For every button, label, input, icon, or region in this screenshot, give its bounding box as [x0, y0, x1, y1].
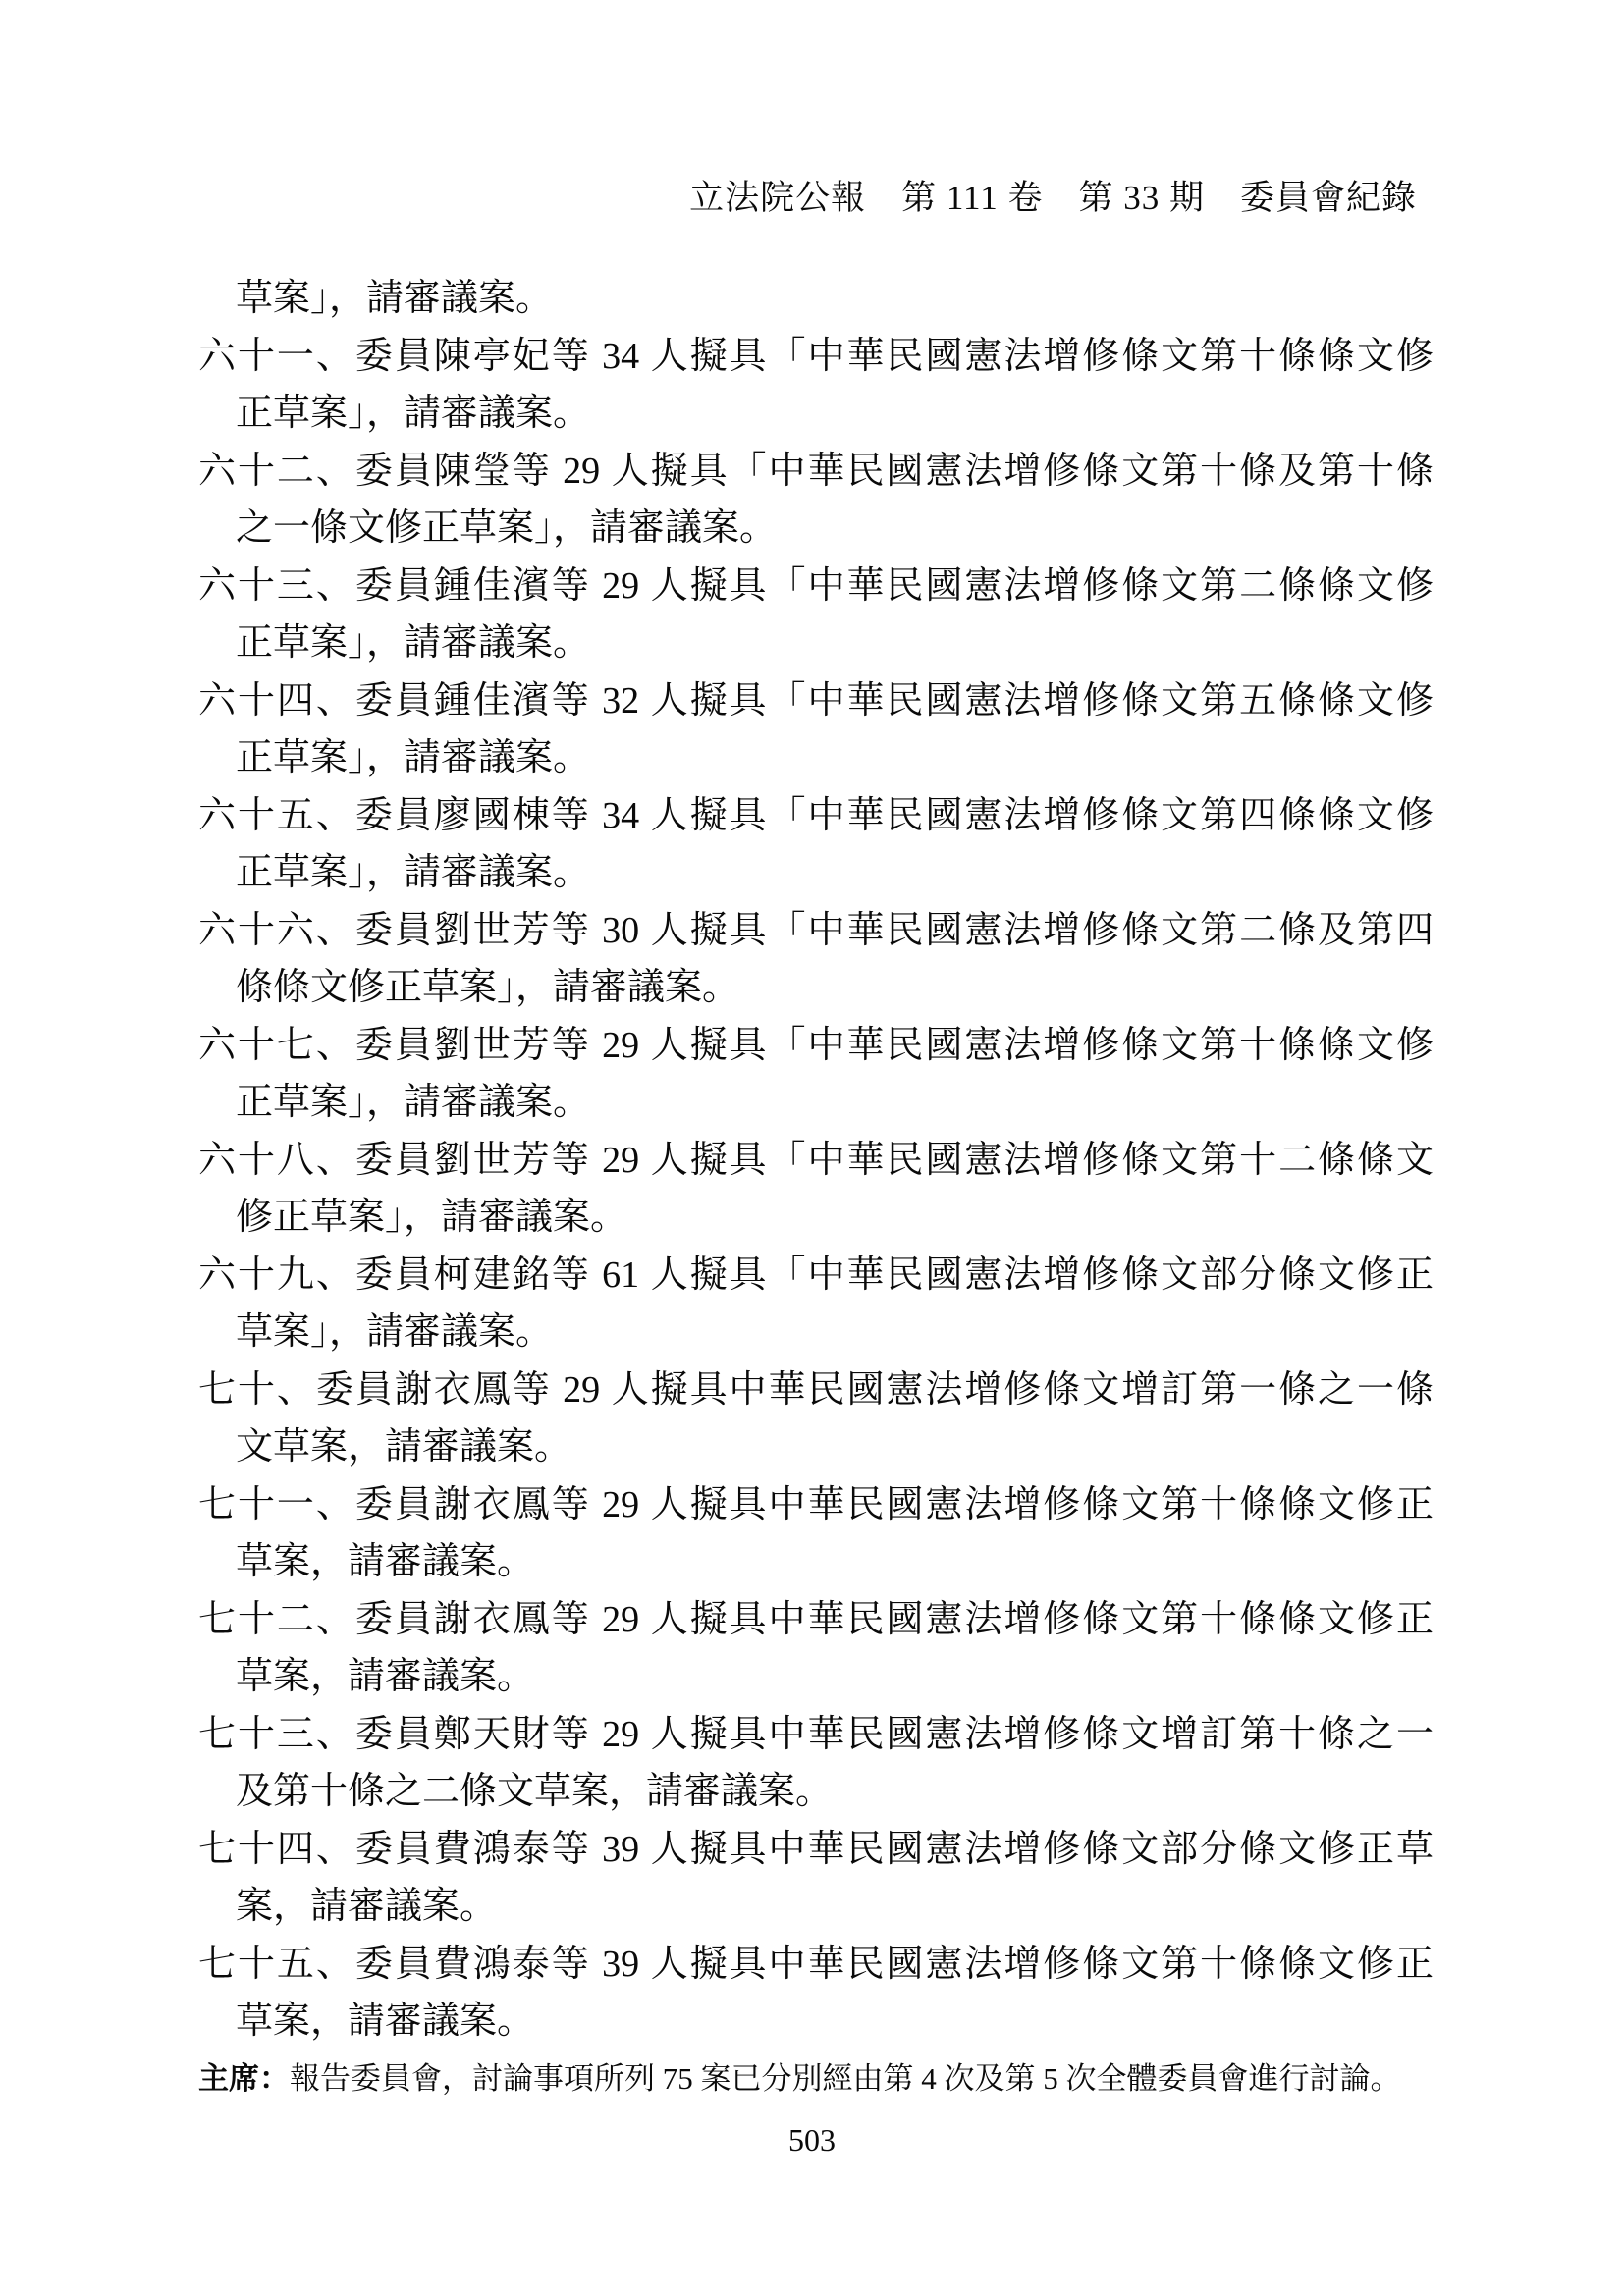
text-line: 六十三、委員鍾佳濱等 29 人擬具「中華民國憲法增修條文第二條條文修	[198, 558, 1434, 615]
text-line: 正草案」，請審議案。	[198, 729, 1434, 787]
text-line: 草案」，請審議案。	[198, 270, 1434, 328]
running-header: 立法院公報 第 111 卷 第 33 期 委員會紀錄	[198, 171, 1417, 220]
text-line: 六十四、委員鍾佳濱等 32 人擬具「中華民國憲法增修條文第五條條文修	[198, 672, 1434, 730]
text-line: 六十二、委員陳瑩等 29 人擬具「中華民國憲法增修條文第十條及第十條	[198, 443, 1434, 501]
text-line: 七十四、委員費鴻泰等 39 人擬具中華民國憲法增修條文部分條文修正草	[198, 1821, 1434, 1879]
text-line: 六十七、委員劉世芳等 29 人擬具「中華民國憲法增修條文第十條條文修	[198, 1017, 1434, 1075]
text-line: 七十一、委員謝衣鳳等 29 人擬具中華民國憲法增修條文第十條條文修正	[198, 1476, 1434, 1534]
text-line: 六十五、委員廖國棟等 34 人擬具「中華民國憲法增修條文第四條條文修	[198, 787, 1434, 845]
text-line: 正草案」，請審議案。	[198, 844, 1434, 902]
text-line: 及第十條之二條文草案，請審議案。	[198, 1763, 1434, 1821]
text-line: 七十五、委員費鴻泰等 39 人擬具中華民國憲法增修條文第十條條文修正	[198, 1936, 1434, 1994]
text-line: 六十八、委員劉世芳等 29 人擬具「中華民國憲法增修條文第十二條條文	[198, 1132, 1434, 1190]
text-line: 正草案」，請審議案。	[198, 1074, 1434, 1132]
text-line: 案，請審議案。	[198, 1878, 1434, 1936]
text-line: 六十一、委員陳亭妃等 34 人擬具「中華民國憲法增修條文第十條條文修	[198, 328, 1434, 386]
text-line: 之一條文修正草案」，請審議案。	[198, 500, 1434, 558]
text-line: 草案，請審議案。	[198, 1533, 1434, 1591]
text-line: 六十九、委員柯建銘等 61 人擬具「中華民國憲法增修條文部分條文修正	[198, 1247, 1434, 1305]
text-line: 七十、委員謝衣鳳等 29 人擬具中華民國憲法增修條文增訂第一條之一條	[198, 1362, 1434, 1419]
chair-speaker-label: 主席：	[198, 2061, 290, 2096]
gazette-page: 立法院公報 第 111 卷 第 33 期 委員會紀錄 草案」，請審議案。六十一、…	[0, 0, 1624, 2296]
proposal-list: 草案」，請審議案。六十一、委員陳亭妃等 34 人擬具「中華民國憲法增修條文第十條…	[198, 270, 1434, 2051]
text-line: 文草案，請審議案。	[198, 1418, 1434, 1476]
text-line: 草案，請審議案。	[198, 1993, 1434, 2051]
text-line: 正草案」，請審議案。	[198, 614, 1434, 672]
text-line: 七十二、委員謝衣鳳等 29 人擬具中華民國憲法增修條文第十條條文修正	[198, 1591, 1434, 1649]
text-line: 七十三、委員鄭天財等 29 人擬具中華民國憲法增修條文增訂第十條之一	[198, 1706, 1434, 1764]
text-line: 修正草案」，請審議案。	[198, 1189, 1434, 1247]
chair-statement-line: 主席：報告委員會，討論事項所列 75 案已分別經由第 4 次及第 5 次全體委員…	[198, 2051, 1434, 2109]
text-line: 正草案」，請審議案。	[198, 385, 1434, 443]
text-line: 草案，請審議案。	[198, 1648, 1434, 1706]
content-area: 草案」，請審議案。六十一、委員陳亭妃等 34 人擬具「中華民國憲法增修條文第十條…	[198, 270, 1434, 2108]
text-line: 草案」，請審議案。	[198, 1304, 1434, 1362]
text-line: 六十六、委員劉世芳等 30 人擬具「中華民國憲法增修條文第二條及第四	[198, 902, 1434, 960]
chair-statement-text: 報告委員會，討論事項所列 75 案已分別經由第 4 次及第 5 次全體委員會進行…	[290, 2061, 1401, 2096]
page-number: 503	[0, 2122, 1624, 2159]
text-line: 條條文修正草案」，請審議案。	[198, 959, 1434, 1017]
